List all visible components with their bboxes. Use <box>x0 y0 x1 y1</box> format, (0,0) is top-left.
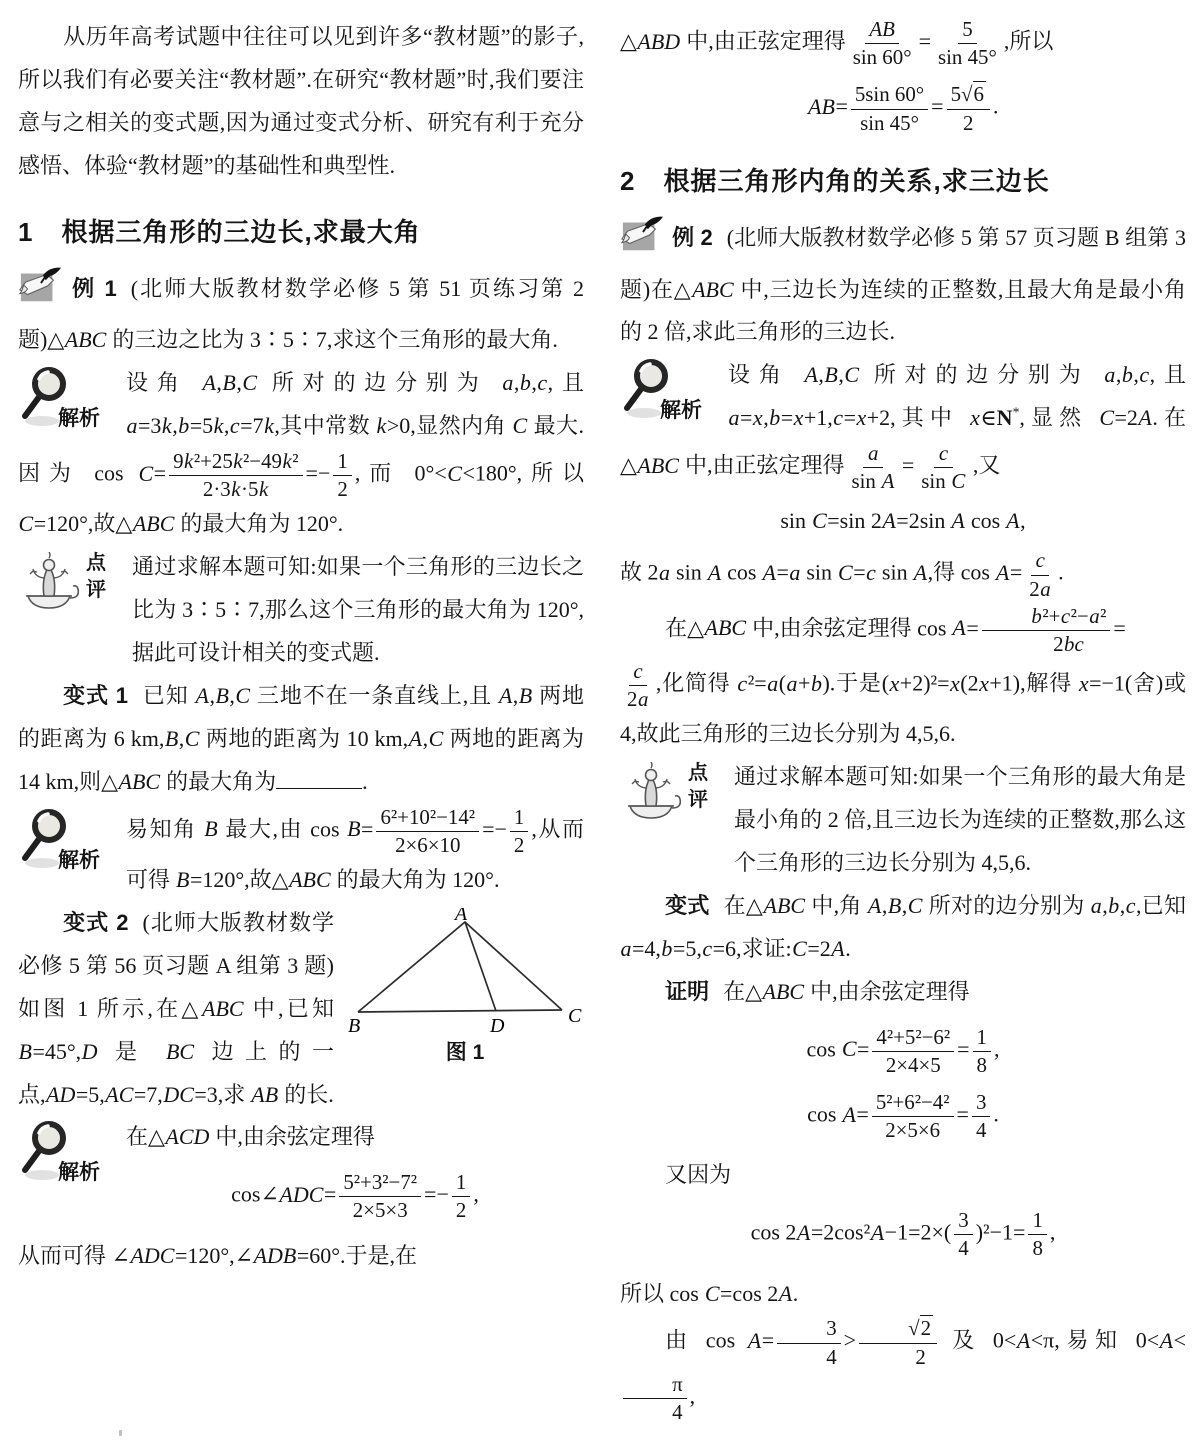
section-heading-row: 1根据三角形的三边长,求最大角 <box>18 212 584 249</box>
lamp-genie-icon: 点评 <box>18 548 126 636</box>
math-run: 2bc <box>1053 632 1084 656</box>
fraction: 18 <box>973 1024 991 1079</box>
fraction: 34 <box>777 1315 841 1370</box>
fraction: π4 <box>623 1371 687 1426</box>
analysis-block: 解析易知角 B 最大,由 cos B=6²+10²−14²2×6×10=−12,… <box>18 804 584 902</box>
math-run: 5k <box>248 477 269 501</box>
math-run: C <box>812 508 828 533</box>
math-run: c <box>938 441 948 465</box>
math-run: A <box>913 560 927 585</box>
math-run: ABC <box>64 327 107 352</box>
magnifier-icon: 解析 <box>18 1120 118 1198</box>
math-run: 9k²+25k²−49k² <box>173 449 298 473</box>
math-run: A <box>882 508 896 533</box>
scroll-pen-icon <box>18 265 62 320</box>
math-run: A,C <box>408 726 444 751</box>
math-run: C <box>841 1036 857 1061</box>
fraction: c2a <box>1025 547 1055 602</box>
fraction: 34 <box>954 1207 972 1262</box>
math-run: A <box>870 1220 884 1245</box>
section-number: 2 <box>620 166 635 197</box>
math-run: c <box>633 659 643 683</box>
fraction: 12 <box>510 804 528 859</box>
math-run: A,B,C <box>195 683 251 708</box>
magnifier-icon: 解析 <box>18 808 118 886</box>
magnifier-icon: 解析 <box>620 358 720 436</box>
fraction: 34 <box>972 1089 990 1144</box>
math-run: A <box>881 469 895 493</box>
math-run: a=3k,b=5k,c=7k <box>126 413 274 438</box>
math-run: ADC <box>130 1243 175 1268</box>
math-run: C <box>512 413 528 438</box>
text-line: 例 2(北师大版教材数学必修 5 第 57 页习题 B 组第 3 题)在△ABC… <box>620 214 1186 355</box>
math-run: A <box>995 560 1009 585</box>
variation-label: 变式 1 <box>63 683 128 708</box>
math-run: ABC <box>118 769 161 794</box>
fraction: 12 <box>333 448 351 503</box>
math-run: ABC <box>704 615 747 640</box>
text-line: 证明在△ABC 中,由余弦定理得 <box>620 971 1186 1014</box>
math-run: A <box>1006 508 1020 533</box>
math-run: ABC <box>132 511 175 536</box>
text-line: 所以 cos C=cos 2A. <box>620 1273 1186 1316</box>
math-run: a=4,b=5,c=6 <box>620 936 736 961</box>
text-line: 故 2a sin A cos A=a sin C=c sin A,得 cos A… <box>620 547 1186 602</box>
math-run: 2a <box>627 687 649 711</box>
fraction: c2a <box>623 658 653 713</box>
variation-block: 变式 1已知 A,B,C 三地不在一条直线上,且 A,B 两地的距离为 6 km… <box>18 675 584 804</box>
fraction: 5sin 60°sin 45° <box>851 81 928 136</box>
analysis-block: 解析设角 A,B,C 所对的边分别为 a,b,c,且 a=x,b=x+1,c=x… <box>620 354 1186 756</box>
math-run: a,b,c <box>502 370 548 395</box>
math-run: a <box>789 560 801 585</box>
comment-label: 点评 <box>86 550 106 604</box>
formula-line: sin C=sin 2A=2sin A cos A, <box>620 505 1186 537</box>
math-run: 2a <box>1029 577 1051 601</box>
analysis-block: 解析在△ACD 中,由余弦定理得cos∠ADC=5²+3²−7²2×5×3=−1… <box>18 1116 584 1277</box>
text-line: 例 1(北师大版教材数学必修 5 第 51 页练习第 2 题)△ABC 的三边之… <box>18 265 584 363</box>
math-run: B <box>176 867 190 892</box>
vertex-label-a: A <box>453 908 468 925</box>
page-artifact-dot <box>119 1430 122 1436</box>
math-run: A <box>842 1102 856 1127</box>
math-run: BC <box>165 1039 194 1064</box>
math-run: a <box>659 560 671 585</box>
math-run: a,b,c <box>1090 893 1136 918</box>
math-run: A <box>952 615 966 640</box>
math-run: ABC <box>637 453 680 478</box>
square-root: √2 <box>908 1315 933 1340</box>
example-block: 例 2(北师大版教材数学必修 5 第 57 页习题 B 组第 3 题)在△ABC… <box>620 214 1186 355</box>
math-run: A,B,C <box>202 370 258 395</box>
math-run: A <box>1016 1328 1030 1353</box>
math-run: b²+c²−a² <box>1031 604 1107 628</box>
math-run: c <box>866 560 877 585</box>
math-run: AB <box>251 1082 279 1107</box>
variation-block: A B C D 图 1 变式 2(北师大版教材数学必修 5 第 56 页习题 A… <box>18 902 584 1116</box>
text-line: 变式在△ABC 中,角 A,B,C 所对的边分别为 a,b,c,已知 a=4,b… <box>620 885 1186 971</box>
fill-in-blank <box>276 766 362 789</box>
math-run: DC <box>163 1082 195 1107</box>
figure-caption: 图 1 <box>346 1036 584 1066</box>
math-run: AD <box>46 1082 76 1107</box>
fraction: b²+c²−a²2bc <box>982 603 1111 658</box>
fraction: 18 <box>1028 1207 1046 1262</box>
math-run: ABC <box>202 996 245 1021</box>
section-title: 根据三角形内角的关系,求三边长 <box>663 161 1049 198</box>
math-run: C <box>447 461 463 486</box>
fraction: asin A <box>848 440 899 495</box>
math-run: C=2A <box>1099 405 1153 430</box>
math-run: B <box>204 816 218 841</box>
square-root: √6 <box>961 81 986 106</box>
math-run: A <box>778 1281 792 1306</box>
magnifier-icon: 解析 <box>18 366 118 444</box>
math-run: ABD <box>637 29 681 54</box>
example-block: 例 1(北师大版教材数学必修 5 第 51 页练习第 2 题)△ABC 的三边之… <box>18 265 584 363</box>
formula-line: cos C=4²+5²−6²2×4×5=18, <box>620 1024 1186 1079</box>
math-run: A <box>707 560 721 585</box>
math-run: a <box>867 441 878 465</box>
comment-block: 点评通过求解本题可知:如果一个三角形的最大角是最小角的 2 倍,且三边长为连续的… <box>620 756 1186 885</box>
math-run: A <box>951 508 965 533</box>
proof-label: 证明 <box>665 979 709 1004</box>
variation-block: 变式在△ABC 中,角 A,B,C 所对的边分别为 a,b,c,已知 a=4,b… <box>620 885 1186 971</box>
math-run: B <box>18 1039 32 1064</box>
fraction: 6²+10²−14²2×6×10 <box>376 804 479 859</box>
fraction: ABsin 60° <box>849 16 916 71</box>
right-column: △ABD 中,由正弦定理得ABsin 60°=5sin 45°,所以AB=5si… <box>620 16 1186 1426</box>
variation-label: 变式 <box>665 893 710 918</box>
math-run: c²=a(a+b) <box>737 671 830 696</box>
proof-block: 证明在△ABC 中,由余弦定理得cos C=4²+5²−6²2×4×5=18,c… <box>620 971 1186 1426</box>
math-run: c <box>1035 548 1045 572</box>
math-run: A <box>747 1328 761 1353</box>
fraction: √22 <box>859 1315 937 1370</box>
document-page: 从历年高考试题中往往可以见到许多“教材题”的影子,所以我们有必要关注“教材题”.… <box>0 0 1200 1441</box>
text-line: 在△ABC 中,由余弦定理得 cos A=b²+c²−a²2bc= <box>620 603 1186 658</box>
text-line: 变式 1已知 A,B,C 三地不在一条直线上,且 A,B 两地的距离为 6 km… <box>18 675 584 804</box>
scroll-pen-icon <box>620 214 664 269</box>
math-run: x <box>1078 671 1089 696</box>
math-run: A,B <box>498 683 532 708</box>
variation-label: 变式 2 <box>63 910 128 935</box>
math-run: A <box>1159 1328 1173 1353</box>
fraction: 5sin 45° <box>934 16 1001 71</box>
section-heading-row: 2根据三角形内角的关系,求三边长 <box>620 161 1186 198</box>
math-run: ADC <box>279 1182 324 1207</box>
text-line: 由 cos A=34>√22 及 0<A<π,易知 0<A<π4, <box>620 1315 1186 1426</box>
math-run: B,C <box>164 726 200 751</box>
math-run: x <box>970 405 981 430</box>
math-run: B <box>347 816 361 841</box>
vertex-label-c: C <box>568 1005 582 1027</box>
bold-symbol: N <box>997 405 1013 430</box>
vertex-label-d: D <box>489 1015 505 1034</box>
math-run: AB <box>869 17 896 41</box>
section-heading: 2根据三角形内角的关系,求三边长 <box>620 161 1186 198</box>
math-run: ABC <box>763 893 806 918</box>
analysis-label: 解析 <box>58 402 100 432</box>
math-run: C <box>951 469 966 493</box>
text-line: 从历年高考试题中往往可以见到许多“教材题”的影子,所以我们有必要关注“教材题”.… <box>18 16 584 188</box>
fraction: 4²+5²−6²2×4×5 <box>872 1024 954 1079</box>
math-run: k <box>376 413 387 438</box>
lamp-genie-icon: 点评 <box>620 758 728 846</box>
example-label: 例 1 <box>70 276 117 301</box>
section-title: 根据三角形的三边长,求最大角 <box>61 212 420 249</box>
fraction: 5²+6²−4²2×5×6 <box>872 1089 954 1144</box>
analysis-block: 解析设角 A,B,C 所对的边分别为 a,b,c,且 a=3k,b=5k,c=7… <box>18 362 584 546</box>
flow-block: 从历年高考试题中往往可以见到许多“教材题”的影子,所以我们有必要关注“教材题”.… <box>18 16 584 188</box>
left-column: 从历年高考试题中往往可以见到许多“教材题”的影子,所以我们有必要关注“教材题”.… <box>18 16 584 1426</box>
formula-line: cos 2A=2cos²A−1=2×(34)²−1=18, <box>620 1207 1186 1262</box>
math-run: ACD <box>165 1124 210 1149</box>
fraction: csin C <box>917 440 970 495</box>
math-run: C <box>704 1281 720 1306</box>
analysis-label: 解析 <box>660 394 702 424</box>
analysis-label: 解析 <box>58 844 100 874</box>
comment-block: 点评通过求解本题可知:如果一个三角形的三边长之比为 3∶5∶7,那么这个三角形的… <box>18 546 584 675</box>
math-run: a=x,b=x+1,c=x+2 <box>728 405 890 430</box>
text-line: 又因为 <box>620 1154 1186 1197</box>
fraction: 5²+3²−7²2×5×3 <box>339 1169 421 1224</box>
math-run: (x+2)²=x(2x+1) <box>882 671 1020 696</box>
math-run: A <box>796 1220 810 1245</box>
math-run: A <box>762 560 776 585</box>
math-run: AC <box>105 1082 134 1107</box>
math-run: 3k <box>220 477 241 501</box>
math-run: ADB <box>253 1243 297 1268</box>
math-run: C <box>838 560 854 585</box>
analysis-label: 解析 <box>58 1156 100 1186</box>
math-run: C <box>18 511 34 536</box>
math-run: C <box>138 461 154 486</box>
math-run: D <box>81 1039 98 1064</box>
fraction: 9k²+25k²−49k²2·3k·5k <box>169 448 302 503</box>
two-column-layout: 从历年高考试题中往往可以见到许多“教材题”的影子,所以我们有必要关注“教材题”.… <box>18 16 1186 1426</box>
math-run: A,B,C <box>804 362 860 387</box>
text-line: △ABD 中,由正弦定理得ABsin 60°=5sin 45°,所以 <box>620 16 1186 71</box>
example-label: 例 2 <box>672 225 713 250</box>
math-run: ABC <box>762 979 805 1004</box>
fraction: 12 <box>452 1169 470 1224</box>
flow-block: △ABD 中,由正弦定理得ABsin 60°=5sin 45°,所以AB=5si… <box>620 16 1186 137</box>
formula-line: AB=5sin 60°sin 45°=5√62. <box>620 81 1186 136</box>
math-run: a,b,c <box>1104 362 1150 387</box>
math-run: A,B,C <box>867 893 923 918</box>
math-run: C=2A <box>792 936 846 961</box>
math-run: ABC <box>289 867 332 892</box>
fraction: 5√62 <box>947 81 990 136</box>
math-run: AB <box>808 94 836 119</box>
vertex-label-b: B <box>348 1015 360 1034</box>
comment-label: 点评 <box>688 760 708 814</box>
section-heading: 1根据三角形的三边长,求最大角 <box>18 212 584 249</box>
text-line: 从而可得 ∠ADC=120°,∠ADB=60°.于是,在 <box>18 1235 584 1278</box>
formula-line: cos A=5²+6²−4²2×5×6=34. <box>620 1089 1186 1144</box>
text-line: c2a,化简得 c²=a(a+b).于是(x+2)²=x(2x+1),解得 x=… <box>620 658 1186 756</box>
figure-1: A B C D 图 1 <box>346 908 584 1066</box>
math-run: ABC <box>692 277 735 302</box>
section-number: 1 <box>18 217 33 248</box>
